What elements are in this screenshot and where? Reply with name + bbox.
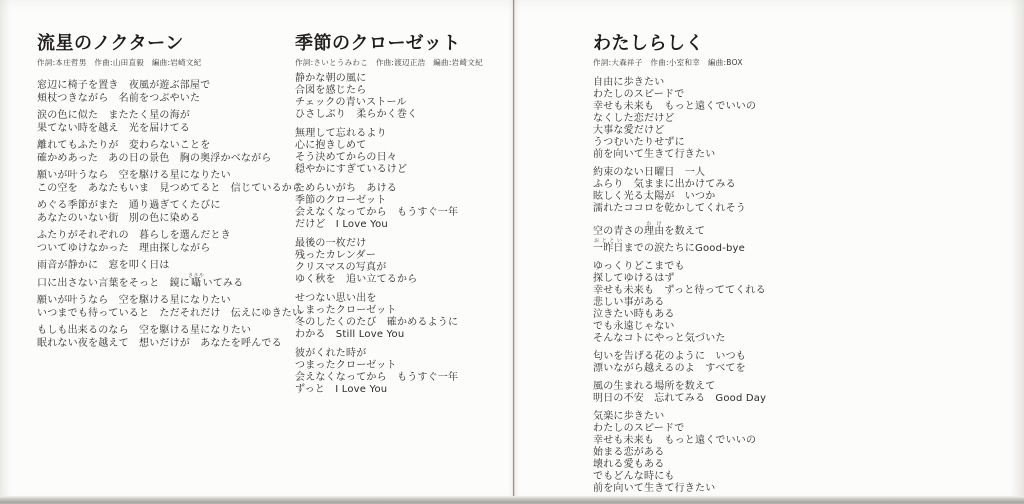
lyric-line: ひさしぶり 柔らかく巻く xyxy=(295,109,507,121)
lyric-stanza: 気楽に歩きたいわたしのスピードで幸せも未来も もっと遠くでいいの始まる恋がある壊… xyxy=(593,411,829,495)
lyric-line: そんなコトにやっと気づいた xyxy=(593,333,829,345)
lyric-line: 始まる恋がある xyxy=(593,447,829,459)
lyric-line: もしも出来るのなら 空を駆ける星になりたい xyxy=(37,325,289,338)
lyric-stanza: 風の生まれる場所を数えて明日の不安 忘れてみる Good Day xyxy=(593,381,829,405)
song-credits-1: 作詞:本庄哲男 作曲:山田直毅 編曲:岩崎文紀 xyxy=(37,57,289,68)
lyric-line: ふらり 気ままに出かけてみる xyxy=(593,179,829,191)
song-column-1: 流星のノクターン 作詞:本庄哲男 作曲:山田直毅 編曲:岩崎文紀 窓辺に椅子を置… xyxy=(37,34,289,355)
lyric-line: 会えなくなってから もうすぐ一年 xyxy=(295,207,507,219)
lyric-line: しまったクローゼット xyxy=(295,305,507,317)
lyric-line: クリスマスの写真が xyxy=(295,262,507,274)
lyric-line: 大事な愛だけど xyxy=(593,125,829,137)
lyric-stanza: 約束のない日曜日 一人ふらり 気ままに出かけてみる眩しく光る太陽が いつか濡れた… xyxy=(593,167,829,215)
lyric-line: いつまでも待っていると ただそれだけ 伝えにゆきたい xyxy=(37,308,289,321)
lyric-line: うつむいたりせずに xyxy=(593,137,829,149)
lyric-line: 濡れたココロを乾かしてくれそう xyxy=(593,203,829,215)
lyric-line: 探してゆけるはず xyxy=(593,273,829,285)
lyric-line: 涙の色に似た またたく星の海が xyxy=(37,110,289,123)
lyric-line: 匂いを告げる花のように いつも xyxy=(593,351,829,363)
lyric-line: 幸せも未来も ずっと待っててくれる xyxy=(593,285,829,297)
lyric-line: 眩しく光る太陽が いつか xyxy=(593,191,829,203)
lyric-line: 明日の不安 忘れてみる Good Day xyxy=(593,393,829,405)
lyric-line: 残ったカレンダー xyxy=(295,250,507,262)
lyric-stanza: もしも出来るのなら 空を駆ける星になりたい眠れない夜を越えて 想いだけが あなた… xyxy=(37,325,289,350)
lyric-line: 窓辺に椅子を置き 夜風が遊ぶ部屋で xyxy=(37,80,289,93)
lyric-stanza: ためらいがち あける季節のクローゼット会えなくなってから もうすぐ一年だけど I… xyxy=(295,183,507,231)
lyric-line: チェックの青いストール xyxy=(295,97,507,109)
lyric-line: 穏やかにすぎているけど xyxy=(295,164,507,176)
page-edge-right-shadow xyxy=(1010,0,1024,497)
lyric-stanza: 最後の一枚だけ残ったカレンダークリスマスの写真がゆく秋を 追い立てるから xyxy=(295,238,507,286)
song-lyrics-1: 窓辺に椅子を置き 夜風が遊ぶ部屋で頬杖つきながら 名前をつぶやいた涙の色に似た … xyxy=(37,80,289,350)
lyric-stanza: 自由に歩きたいわたしのスピードで幸せも未来も もっと遠くでいいのなくした恋だけど… xyxy=(593,77,829,161)
lyric-stanza: 雨音が静かに 窓を叩く日は口に出さない言葉をそっと 鏡に囁ささやいてみる xyxy=(37,260,289,290)
lyric-stanza: 静かな朝の風に合図を感じたらチェックの青いストールひさしぶり 柔らかく巻く xyxy=(295,73,507,121)
lyric-line: 前を向いて生きて行きたい xyxy=(593,149,829,161)
lyric-line: 果てない時を越え 光を届けてる xyxy=(37,123,289,136)
lyric-line: 壊れる愛もある xyxy=(593,459,829,471)
song-title-3: わたしらしく xyxy=(593,34,829,54)
song-title-1: 流星のノクターン xyxy=(37,34,289,54)
song-credits-3: 作詞:大森祥子 作曲:小室和幸 編曲:BOX xyxy=(593,57,829,68)
lyric-line: 漂いながら越えるのよ すべてを xyxy=(593,363,829,375)
lyric-stanza: 離れてもふたりが 変わらないことを確かめあった あの日の景色 胸の奥浮かべながら xyxy=(37,140,289,165)
lyric-line: 泣きたい時もある xyxy=(593,309,829,321)
lyric-stanza: 願いが叶うなら 空を駆ける星になりたいこの空を あなたもいま 見つめてると 信じ… xyxy=(37,170,289,195)
booklet-spread: 流星のノクターン 作詞:本庄哲男 作曲:山田直毅 編曲:岩崎文紀 窓辺に椅子を置… xyxy=(0,0,1024,504)
lyric-line: 季節のクローゼット xyxy=(295,195,507,207)
lyric-line: 眠れない夜を越えて 想いだけが あなたを呼んでる xyxy=(37,338,289,351)
lyric-line: 自由に歩きたい xyxy=(593,77,829,89)
lyric-line: めぐる季節がまた 通り過ぎてくたびに xyxy=(37,200,289,213)
lyric-line: ついてゆけなかった 理由探しながら xyxy=(37,243,289,256)
lyric-line: 頬杖つきながら 名前をつぶやいた xyxy=(37,93,289,106)
lyric-line: 会えなくなってから もうすぐ一年 xyxy=(295,372,507,384)
lyric-stanza: めぐる季節がまた 通り過ぎてくたびにあなたのいない街 別の色に染める xyxy=(37,200,289,225)
lyric-line: ゆく秋を 追い立てるから xyxy=(295,274,507,286)
lyric-stanza: 彼がくれた時がつまったクローゼット会えなくなってから もうすぐ一年ずっと I L… xyxy=(295,348,507,396)
lyric-line: 冬のしたくのたび 確かめるように xyxy=(295,317,507,329)
lyric-line: 幸せも未来も もっと遠くでいいの xyxy=(593,435,829,447)
lyric-line: 悲しい事がある xyxy=(593,297,829,309)
lyric-line: 最後の一枚だけ xyxy=(295,238,507,250)
lyric-stanza: ゆっくりどこまでも探してゆけるはず幸せも未来も ずっと待っててくれる悲しい事があ… xyxy=(593,261,829,345)
lyric-line: 約束のない日曜日 一人 xyxy=(593,167,829,179)
page-fold-crease xyxy=(508,0,520,497)
lyric-stanza: ふたりがそれぞれの 暮らしを選んだときついてゆけなかった 理由探しながら xyxy=(37,230,289,255)
lyric-line: だけど I Love You xyxy=(295,219,507,231)
lyric-stanza: 願いが叶うなら 空を駆ける星になりたいいつまでも待っていると ただそれだけ 伝え… xyxy=(37,295,289,320)
lyric-line: つまったクローゼット xyxy=(295,360,507,372)
song-column-3: わたしらしく 作詞:大森祥子 作曲:小室和幸 編曲:BOX 自由に歩きたいわたし… xyxy=(593,34,829,501)
song-lyrics-3: 自由に歩きたいわたしのスピードで幸せも未来も もっと遠くでいいのなくした恋だけど… xyxy=(593,77,829,495)
lyric-line: 願いが叶うなら 空を駆ける星になりたい xyxy=(37,170,289,183)
lyric-line: 雨音が静かに 窓を叩く日は xyxy=(37,260,289,273)
lyric-line: ゆっくりどこまでも xyxy=(593,261,829,273)
lyric-stanza: 無理して忘れるより心に抱きしめてそう決めてからの日々穏やかにすぎているけど xyxy=(295,128,507,176)
lyric-stanza: 空の青さの理由わけを数えて一昨日おとといまでの涙たちにGood-bye xyxy=(593,221,829,255)
lyric-line: 無理して忘れるより xyxy=(295,128,507,140)
lyric-line: 彼がくれた時が xyxy=(295,348,507,360)
lyric-stanza: 匂いを告げる花のように いつも漂いながら越えるのよ すべてを xyxy=(593,351,829,375)
lyric-line: 合図を感じたら xyxy=(295,85,507,97)
lyric-line: 願いが叶うなら 空を駆ける星になりたい xyxy=(37,295,289,308)
lyric-line: この空を あなたもいま 見つめてると 信じているから xyxy=(37,183,289,196)
lyric-line: わたしのスピードで xyxy=(593,89,829,101)
lyric-line: ふたりがそれぞれの 暮らしを選んだとき xyxy=(37,230,289,243)
lyric-line: わたしのスピードで xyxy=(593,423,829,435)
lyric-stanza: せつない思い出をしまったクローゼット冬のしたくのたび 確かめるようにわかる St… xyxy=(295,293,507,341)
lyric-line: わかる Still Love You xyxy=(295,329,507,341)
lyric-line: でもどんな時にも xyxy=(593,471,829,483)
song-lyrics-2: 静かな朝の風に合図を感じたらチェックの青いストールひさしぶり 柔らかく巻く無理し… xyxy=(295,73,507,396)
fold-line xyxy=(513,0,514,497)
lyric-line: 心に抱きしめて xyxy=(295,140,507,152)
lyric-line: でも永遠じゃない xyxy=(593,321,829,333)
lyric-line: 静かな朝の風に xyxy=(295,73,507,85)
lyric-line: せつない思い出を xyxy=(295,293,507,305)
lyric-line: あなたのいない街 別の色に染める xyxy=(37,213,289,226)
lyric-line: 風の生まれる場所を数えて xyxy=(593,381,829,393)
lyric-stanza: 涙の色に似た またたく星の海が果てない時を越え 光を届けてる xyxy=(37,110,289,135)
lyric-line: 確かめあった あの日の景色 胸の奥浮かべながら xyxy=(37,153,289,166)
lyric-line: ずっと I Love You xyxy=(295,384,507,396)
lyric-line: 幸せも未来も もっと遠くでいいの xyxy=(593,101,829,113)
lyric-line: 気楽に歩きたい xyxy=(593,411,829,423)
lyric-line: 前を向いて生きて行きたい xyxy=(593,483,829,495)
lyric-line: なくした恋だけど xyxy=(593,113,829,125)
lyric-stanza: 窓辺に椅子を置き 夜風が遊ぶ部屋で頬杖つきながら 名前をつぶやいた xyxy=(37,80,289,105)
song-title-2: 季節のクローゼット xyxy=(295,34,507,54)
lyric-line: そう決めてからの日々 xyxy=(295,152,507,164)
lyric-line: ためらいがち あける xyxy=(295,183,507,195)
lyric-line: 一昨日おとといまでの涙たちにGood-bye xyxy=(593,238,829,255)
page-edge-bottom-shadow xyxy=(0,496,1024,504)
lyric-line: 空の青さの理由わけを数えて xyxy=(593,221,829,238)
page-edge-left-shadow xyxy=(0,0,10,497)
lyric-line: 口に出さない言葉をそっと 鏡に囁ささやいてみる xyxy=(37,273,289,291)
song-column-2: 季節のクローゼット 作詞:さいとうみわこ 作曲:渡辺正浩 編曲:岩崎文紀 静かな… xyxy=(295,34,507,403)
song-credits-2: 作詞:さいとうみわこ 作曲:渡辺正浩 編曲:岩崎文紀 xyxy=(295,57,507,68)
lyric-line: 離れてもふたりが 変わらないことを xyxy=(37,140,289,153)
